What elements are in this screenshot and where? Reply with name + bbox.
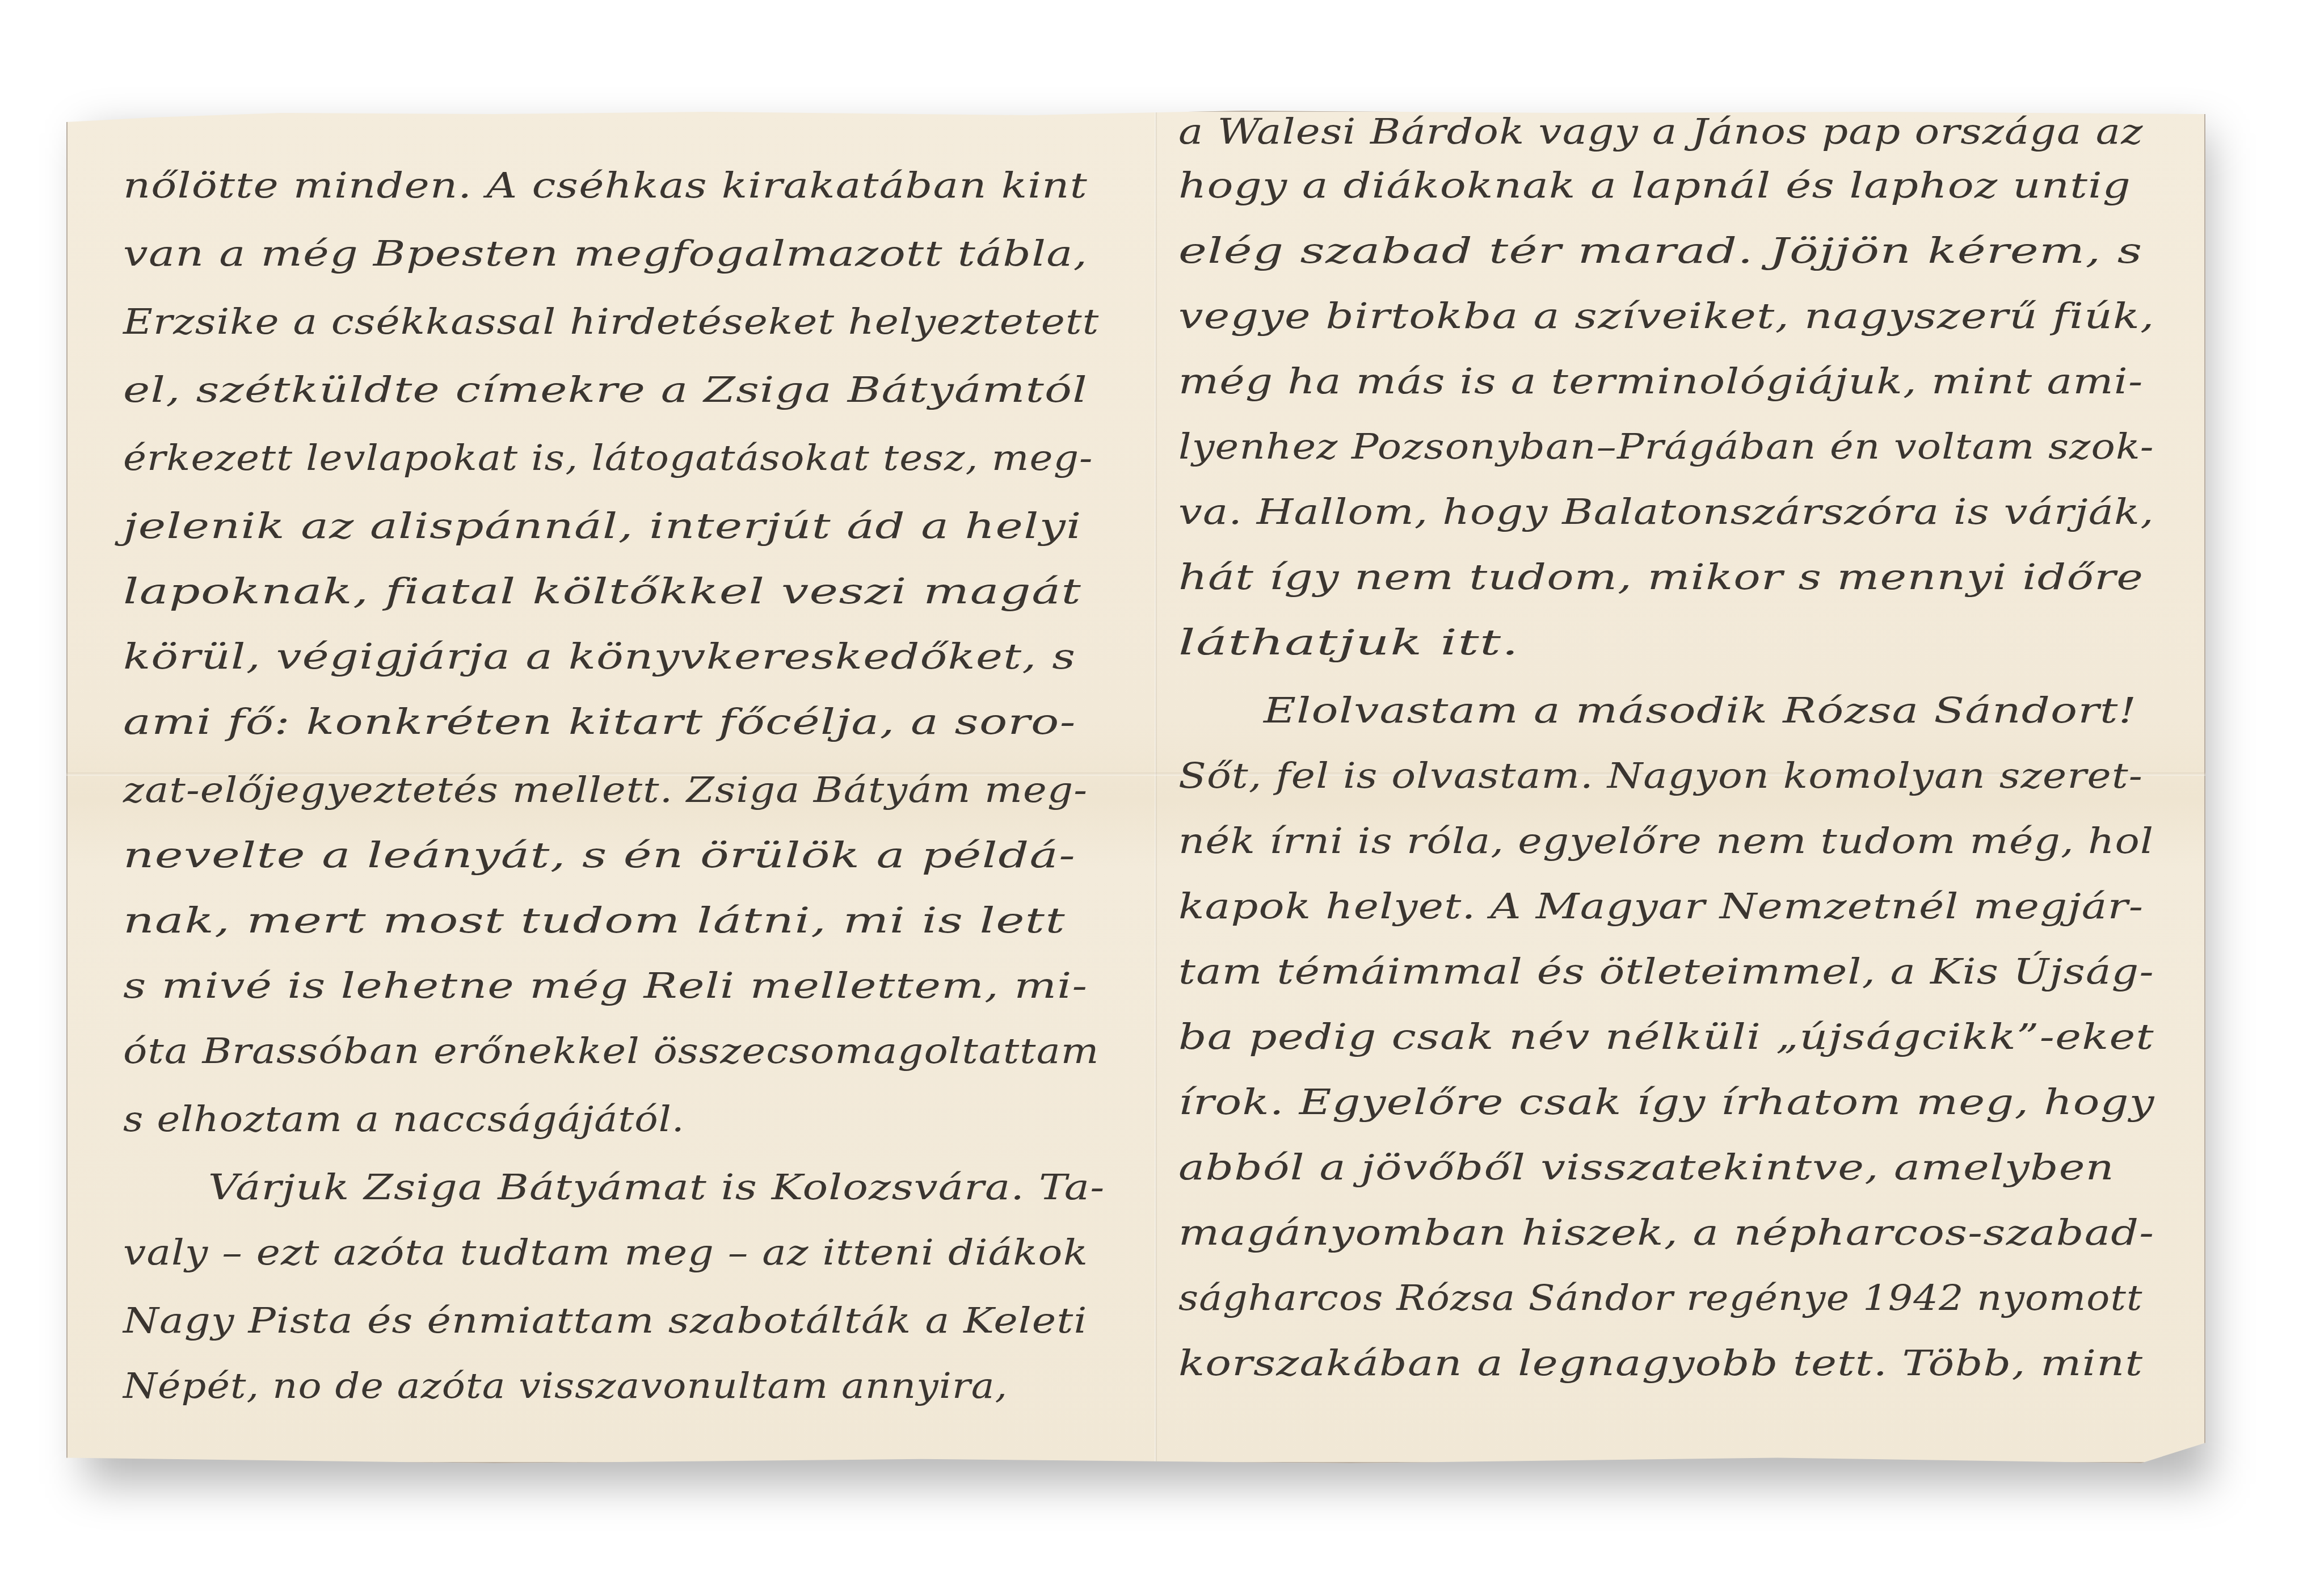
- handwritten-line: ami fő: konkréten kitart főcélja, a soro…: [123, 701, 1076, 742]
- handwritten-line: zat-előjegyeztetés mellett. Zsiga Bátyám…: [123, 769, 1088, 810]
- left-page: nőlötte minden. A cséhkas kirakatában ki…: [123, 111, 1144, 1463]
- handwritten-line: tam témáimmal és ötleteimmel, a Kis Újsá…: [1178, 951, 2154, 992]
- handwritten-line: vegye birtokba a szíveiket, nagyszerű fi…: [1178, 295, 2155, 337]
- handwritten-line: a Walesi Bárdok vagy a János pap országa…: [1178, 111, 2144, 152]
- handwritten-line: van a még Bpesten megfogalmazott tábla,: [123, 233, 1088, 274]
- handwritten-line: nék írni is róla, egyelőre nem tudom még…: [1178, 820, 2154, 862]
- handwritten-line: Várjuk Zsiga Bátyámat is Kolozsvára. Ta-: [208, 1166, 1105, 1208]
- handwritten-line: Nagy Pista és énmiattam szabotálták a Ke…: [123, 1300, 1088, 1341]
- handwritten-line: írok. Egyelőre csak így írhatom meg, hog…: [1178, 1081, 2155, 1123]
- handwritten-line: va. Hallom, hogy Balatonszárszóra is vár…: [1178, 491, 2154, 532]
- handwritten-line: ságharcos Rózsa Sándor regénye 1942 nyom…: [1178, 1277, 2143, 1318]
- handwritten-line: még ha más is a terminológiájuk, mint am…: [1178, 360, 2144, 402]
- handwritten-line: nőlötte minden. A cséhkas kirakatában ki…: [123, 165, 1088, 206]
- handwritten-line: elég szabad tér marad. Jöjjön kérem, s: [1178, 230, 2143, 271]
- handwritten-line: hát így nem tudom, mikor s mennyi időre: [1178, 556, 2144, 598]
- handwritten-line: valy – ezt azóta tudtam meg – az itteni …: [123, 1232, 1088, 1273]
- handwritten-line: lyenhez Pozsonyban–Prágában én voltam sz…: [1178, 426, 2154, 467]
- handwritten-line: körül, végigjárja a könyvkereskedőket, s: [123, 636, 1076, 677]
- handwritten-line: Sőt, fel is olvastam. Nagyon komolyan sz…: [1178, 755, 2143, 796]
- handwritten-line: s mivé is lehetne még Reli mellettem, mi…: [123, 965, 1088, 1006]
- handwritten-line: Elolvastam a második Rózsa Sándort!: [1264, 690, 2137, 731]
- handwritten-line: nak, mert most tudom látni, mi is lett: [123, 900, 1066, 941]
- handwritten-line: ba pedig csak név nélküli „újságcikk”-ek…: [1178, 1016, 2154, 1057]
- handwritten-line: Erzsike a csékkassal hirdetéseket helyez…: [123, 301, 1099, 342]
- right-page: hogy a diákoknak a lapnál és laphoz unti…: [1178, 111, 2200, 1463]
- vertical-fold-crease: [1155, 111, 1157, 1463]
- handwritten-line: óta Brassóban erőnekkel összecsomagoltat…: [123, 1030, 1100, 1072]
- handwritten-line: Népét, no de azóta visszavonultam annyir…: [123, 1365, 1008, 1406]
- handwritten-line: magányomban hiszek, a népharcos-szabad-: [1178, 1212, 2154, 1253]
- handwritten-line: érkezett levlapokat is, látogatásokat te…: [123, 437, 1093, 478]
- handwritten-line: láthatjuk itt.: [1178, 621, 1519, 663]
- handwritten-line: abból a jövőből visszatekintve, amelyben: [1178, 1146, 2115, 1188]
- handwritten-line: s elhoztam a naccságájától.: [123, 1098, 685, 1140]
- letter-sheet: nőlötte minden. A cséhkas kirakatában ki…: [66, 111, 2205, 1463]
- handwritten-line: korszakában a legnagyobb tett. Több, min…: [1178, 1342, 2143, 1384]
- handwritten-line: hogy a diákoknak a lapnál és laphoz unti…: [1178, 165, 2131, 206]
- handwritten-line: kapok helyet. A Magyar Nemzetnél megjár-: [1178, 885, 2144, 927]
- handwritten-line: jelenik az alispánnál, interjút ád a hel…: [123, 505, 1082, 547]
- handwritten-line: el, szétküldte címekre a Zsiga Bátyámtól: [123, 369, 1088, 410]
- handwritten-line: lapoknak, fiatal költőkkel veszi magát: [123, 570, 1081, 612]
- handwritten-line: nevelte a leányát, s én örülök a példá-: [123, 834, 1076, 876]
